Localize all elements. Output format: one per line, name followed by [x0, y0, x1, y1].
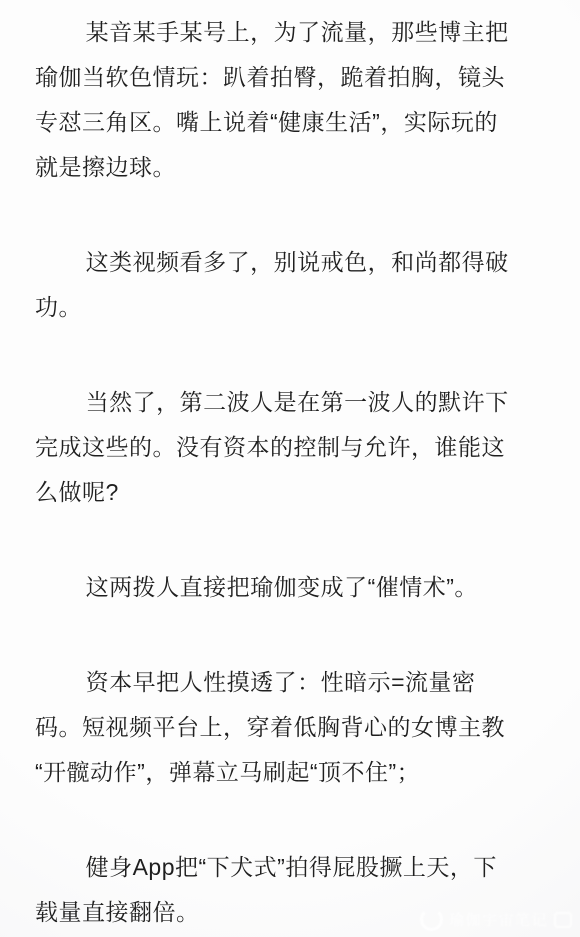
paragraph: 某音某手某号上，为了流量，那些博主把 瑜伽当软色情玩：趴着拍臀，跪着拍胸，镜头 … — [35, 10, 535, 190]
screenshot-root: { "colors": { "background": "#fbfbfb", "… — [0, 0, 580, 937]
paragraph: 当然了，第二波人是在第一波人的默许下 完成这些的。没有资本的控制与允许，谁能这 … — [35, 380, 535, 515]
paragraph: 资本早把人性摸透了：性暗示=流量密 码。短视频平台上，穿着低胸背心的女博主教 “… — [35, 660, 535, 795]
article-page: 某音某手某号上，为了流量，那些博主把 瑜伽当软色情玩：趴着拍臀，跪着拍胸，镜头 … — [0, 0, 580, 937]
paragraph: 健身App把“下犬式”拍得屁股撅上天，下 载量直接翻倍。 — [35, 845, 535, 935]
paragraph: 这类视频看多了，别说戒色，和尚都得破 功。 — [35, 240, 535, 330]
article-body: 某音某手某号上，为了流量，那些博主把 瑜伽当软色情玩：趴着拍臀，跪着拍胸，镜头 … — [0, 0, 580, 935]
paragraph: 这两拨人直接把瑜伽变成了“催情术”。 — [35, 565, 535, 610]
